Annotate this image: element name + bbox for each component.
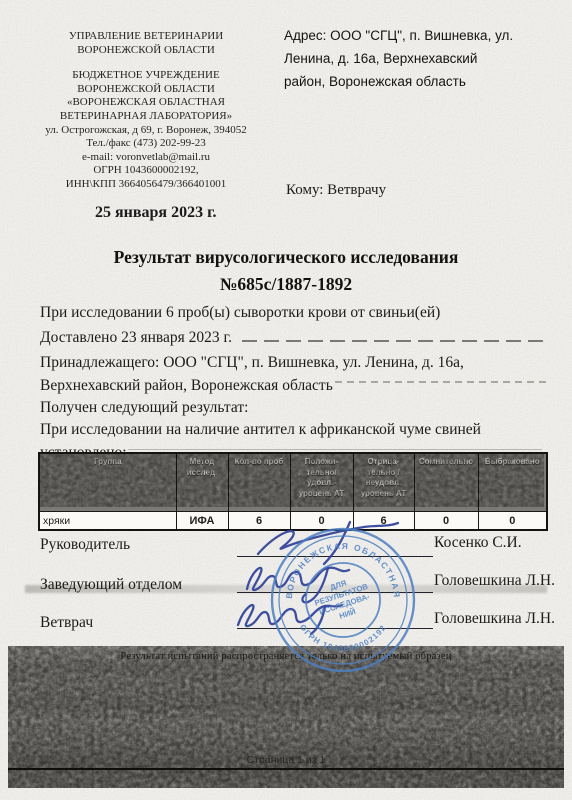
signature-name: Головешкина Л.Н. bbox=[434, 610, 555, 628]
svg-text:ОГРН 1043600002192: ОГРН 1043600002192 bbox=[298, 623, 388, 653]
signature-name: Головешкина Л.Н. bbox=[434, 572, 555, 590]
round-stamp: ВОРОНЕЖСКАЯ ОБЛАСТНАЯ ОГРН 1043600002192… bbox=[267, 524, 419, 676]
footer-rule bbox=[8, 768, 564, 770]
filler-faint-line bbox=[128, 449, 542, 450]
table-header-row: Группа Метод исслед. Кол-во проб Положи­… bbox=[39, 453, 547, 512]
table-header-cell: Кол-во проб bbox=[228, 453, 290, 512]
table-cell-doubtful: 0 bbox=[414, 512, 478, 531]
letterhead-left: УПРАВЛЕНИЕ ВЕТЕРИНАРИИ ВОРОНЕЖСКОЙ ОБЛАС… bbox=[28, 30, 264, 192]
signature-role: Руководитель bbox=[40, 536, 130, 554]
page-number-label: Страница 1 из 1 bbox=[8, 754, 564, 766]
filler-dot-line bbox=[335, 381, 546, 383]
signature-role: Заведующий отделом bbox=[40, 576, 182, 594]
institution-contacts: ул. Острогожская, д 69, г. Воронеж, 3940… bbox=[28, 124, 264, 192]
body-line-result-intro: Получен следующий результат: bbox=[40, 397, 548, 420]
signature-name: Косенко С.И. bbox=[434, 534, 522, 552]
stamp-ring-text-bottom: ОГРН 1043600002192 bbox=[298, 623, 388, 653]
table-header-cell: Группа bbox=[39, 453, 176, 512]
body-line-owner: Принадлежащего: ООО "СГЦ", п. Вишневка, … bbox=[40, 352, 548, 397]
table-header-cell: Положи­тельно/ удовл.- уровень АТ bbox=[290, 453, 353, 512]
table-header-cell: Сомни­тельно bbox=[414, 453, 478, 512]
body-line-samples: При исследовании 6 проб(ы) сыворотки кро… bbox=[40, 302, 548, 325]
filler-dash-line bbox=[242, 340, 548, 342]
table-cell-group: хряки bbox=[39, 512, 176, 531]
institution-name: БЮДЖЕТНОЕ УЧРЕЖДЕНИЕ ВОРОНЕЖСКОЙ ОБЛАСТИ… bbox=[28, 69, 264, 123]
document-date: 25 января 2023 г. bbox=[95, 204, 217, 222]
body-line-delivered: Доставлено 23 января 2023 г. bbox=[40, 327, 548, 350]
table-cell-rejected: 0 bbox=[478, 512, 547, 531]
delivered-text: Доставлено 23 января 2023 г. bbox=[40, 327, 232, 350]
recipient-address: Адрес: ООО "СГЦ", п. Вишневка, ул. Ленин… bbox=[284, 24, 540, 93]
scanned-lab-report: УПРАВЛЕНИЕ ВЕТЕРИНАРИИ ВОРОНЕЖСКОЙ ОБЛАС… bbox=[0, 0, 572, 800]
table-header-cell: Метод исслед. bbox=[176, 453, 228, 512]
table-header-cell: Выбрако­вано bbox=[478, 453, 547, 512]
authority-name: УПРАВЛЕНИЕ ВЕТЕРИНАРИИ ВОРОНЕЖСКОЙ ОБЛАС… bbox=[28, 30, 264, 57]
table-cell-method: ИФА bbox=[176, 512, 228, 531]
title-line2: №685с/1887-1892 bbox=[0, 271, 572, 298]
document-title: Результат вирусологического исследования… bbox=[0, 244, 572, 298]
title-line1: Результат вирусологического исследования bbox=[0, 244, 572, 271]
table-header-cell: Отрица­тельно / неудовл. уровень АТ bbox=[353, 453, 414, 512]
recipient-line: Кому: Ветврачу bbox=[286, 182, 386, 199]
signature-role: Ветврач bbox=[40, 614, 93, 632]
